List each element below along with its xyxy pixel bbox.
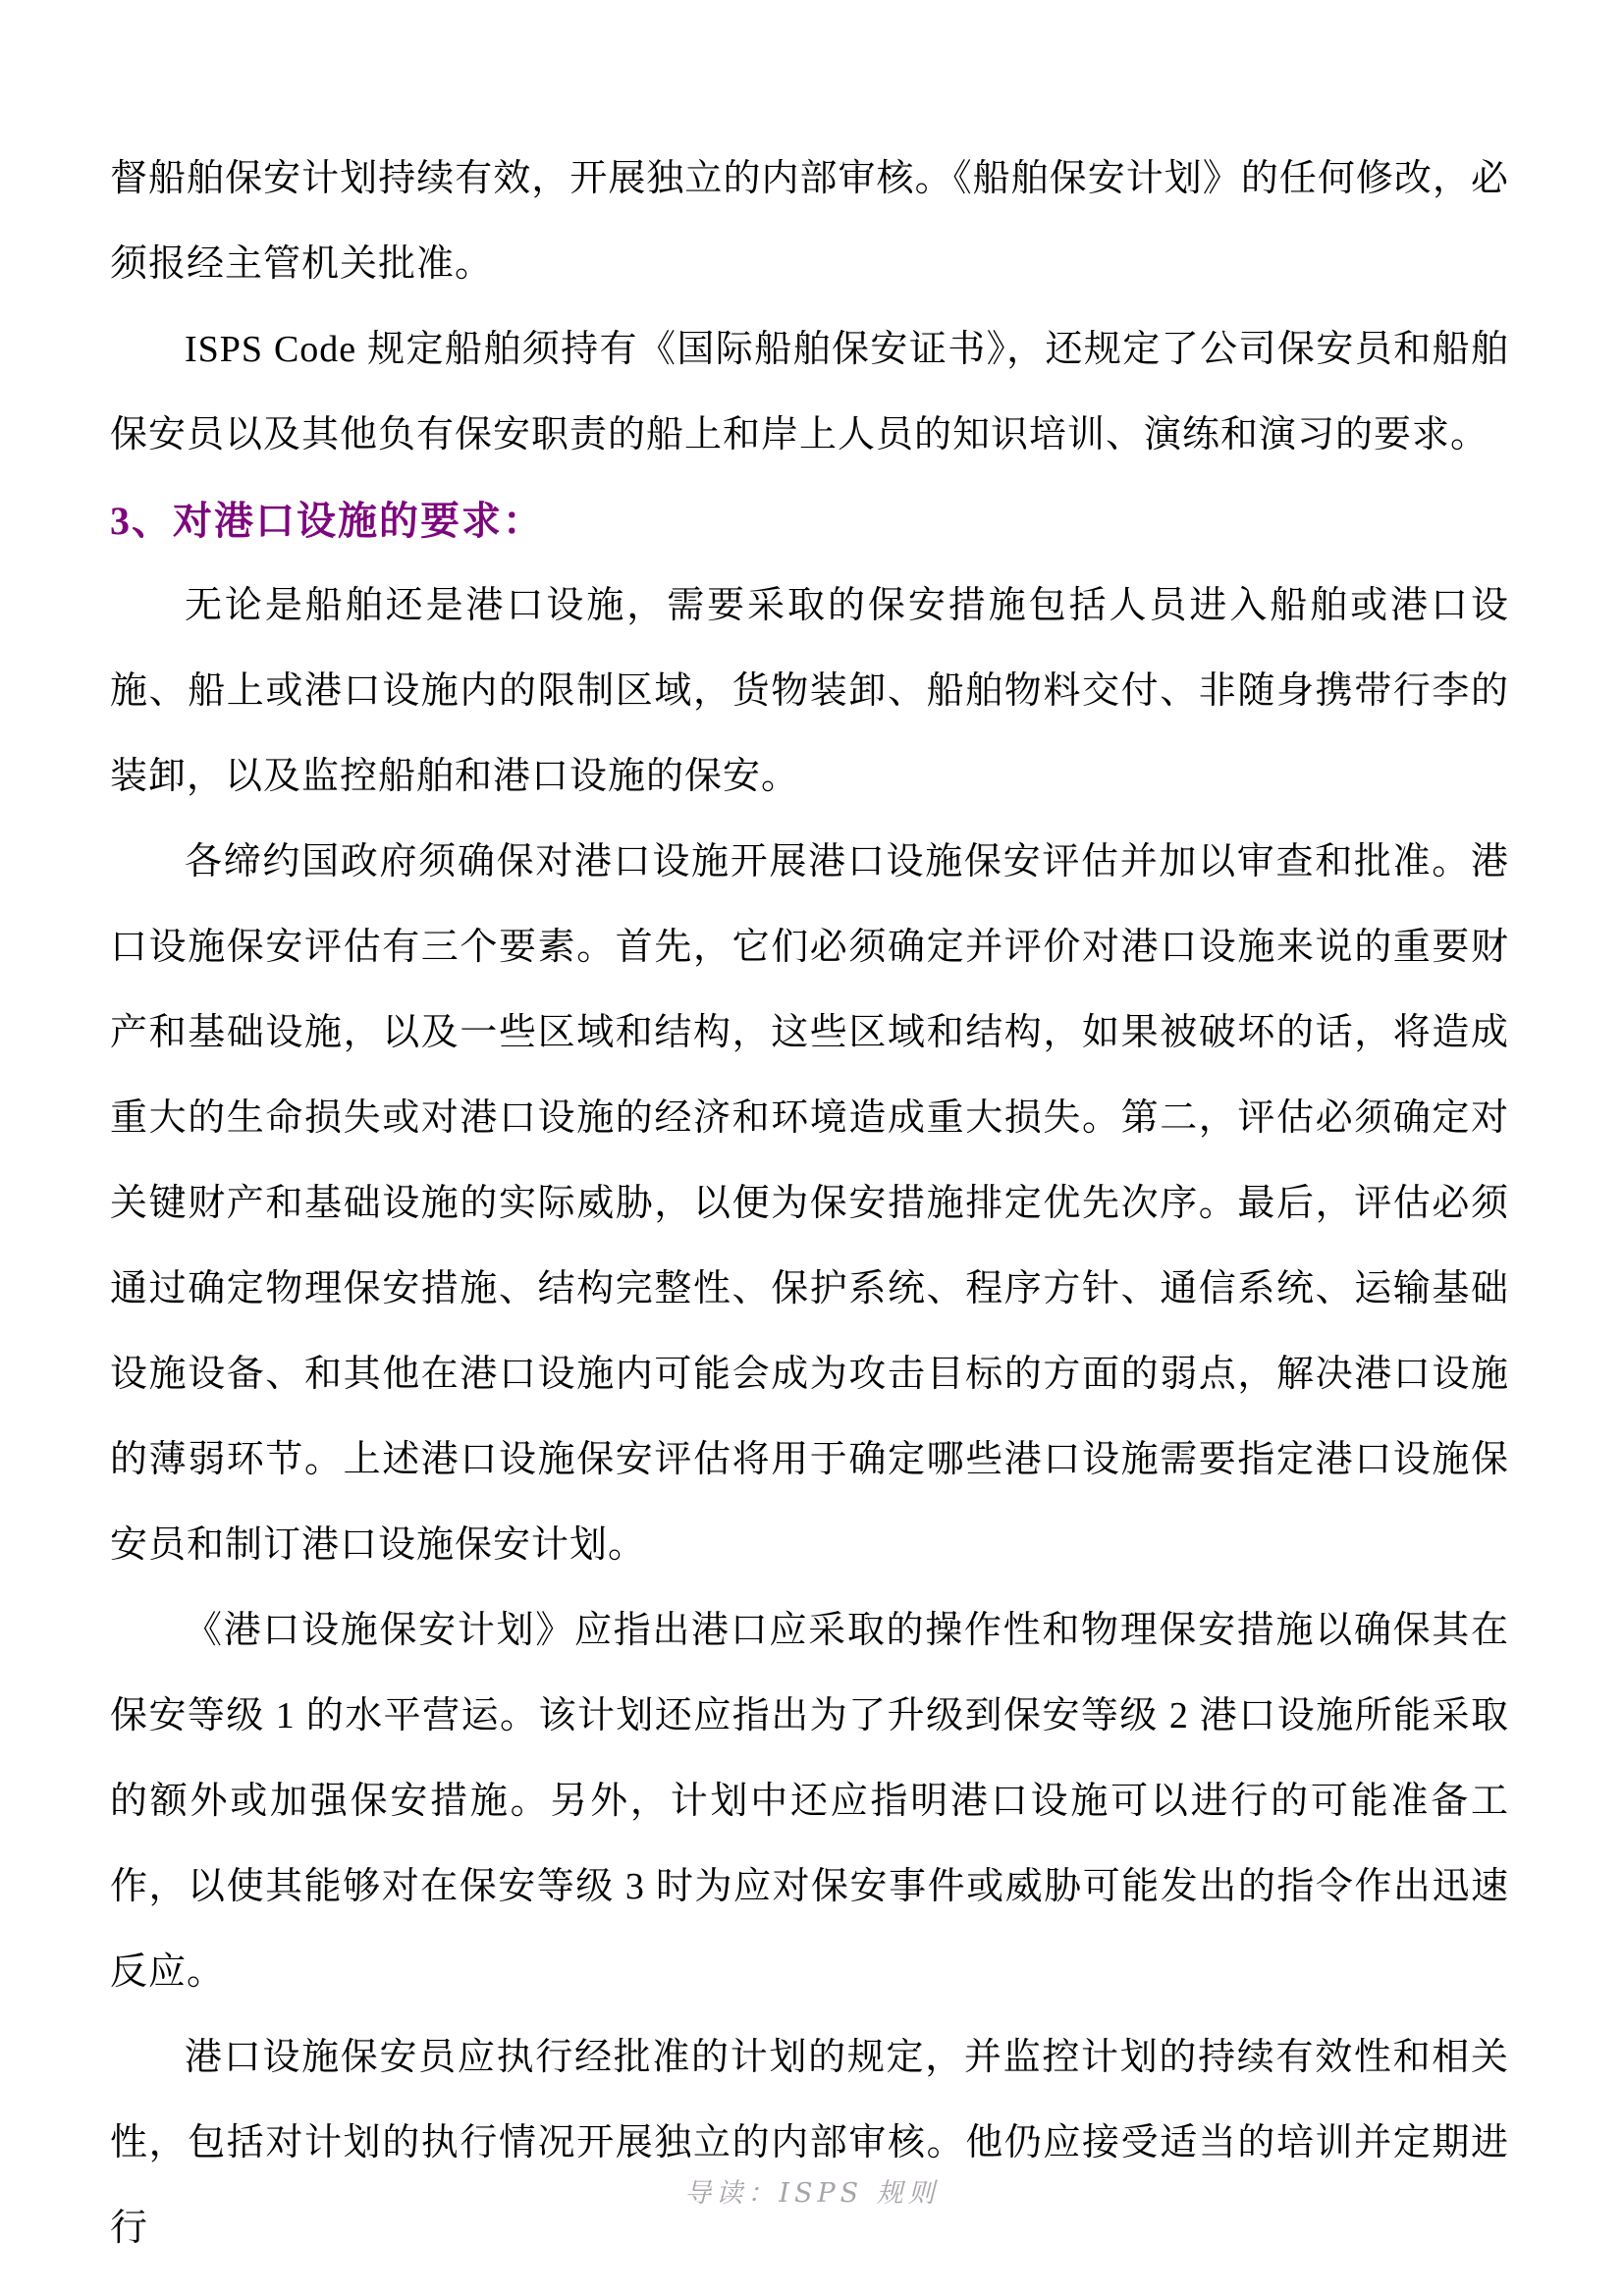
paragraph-security-measures-scope: 无论是船舶还是港口设施，需要采取的保安措施包括人员进入船舶或港口设施、船上或港口… xyxy=(110,563,1509,820)
paragraph-port-facility-security-plan: 《港口设施保安计划》应指出港口应采取的操作性和物理保安措施以确保其在保安等级 1… xyxy=(110,1588,1509,2015)
paragraph-isps-certificate: ISPS Code 规定船舶须持有《国际船舶保安证书》，还规定了公司保安员和船舶… xyxy=(110,307,1509,478)
paragraph-port-facility-security-officer: 港口设施保安员应执行经批准的计划的规定，并监控计划的持续有效性和相关性，包括对计… xyxy=(110,2015,1509,2271)
paragraph-ship-security-plan-continuation: 督船舶保安计划持续有效，开展独立的内部审核。《船舶保安计划》的任何修改，必须报经… xyxy=(110,136,1509,307)
page-footer-reading-guide: 导读：ISPS 规则 xyxy=(0,2177,1624,2211)
document-body: 督船舶保安计划持续有效，开展独立的内部审核。《船舶保安计划》的任何修改，必须报经… xyxy=(110,136,1509,2271)
paragraph-port-facility-assessment: 各缔约国政府须确保对港口设施开展港口设施保安评估并加以审查和批准。港口设施保安评… xyxy=(110,820,1509,1588)
section-heading-port-facility-requirements: 3、对港口设施的要求： xyxy=(110,478,1509,563)
document-page: 督船舶保安计划持续有效，开展独立的内部审核。《船舶保安计划》的任何修改，必须报经… xyxy=(0,0,1624,2296)
